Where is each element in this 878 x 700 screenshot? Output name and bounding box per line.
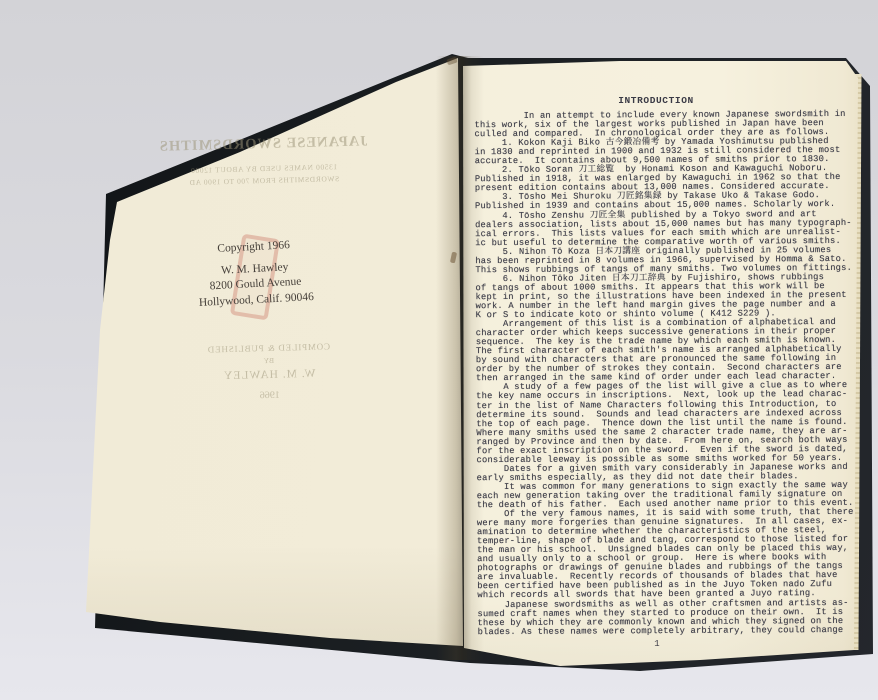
- body-paragraph: It was common for many generations to si…: [477, 481, 861, 510]
- show-through-credit: 1966: [151, 387, 389, 404]
- body-paragraph: 2. Tōko Soran 刀工総覧 by Honami Koson and K…: [475, 164, 859, 193]
- body-paragraph: A study of a few pages of the list will …: [476, 381, 860, 465]
- body-paragraph: 4. Tōsho Zenshu 刀匠全集 published by a Toky…: [475, 209, 859, 248]
- body-paragraph: Arrangement of this list is a combinatio…: [476, 318, 860, 384]
- page-number: 1: [476, 639, 838, 649]
- show-through-credit: W. M. HAWLEY: [150, 366, 388, 384]
- body-paragraph: 5. Nihon Tō Koza 日本刀講座 originally publis…: [475, 246, 859, 275]
- body-paragraph: 6. Nihon Tōko Jiten 日本刀工辞典 by Fujishiro,…: [475, 273, 859, 321]
- body-paragraph: In an attempt to include every known Jap…: [474, 110, 858, 139]
- book-photo-stage: JAPANESE SWORDSMITHS 13500 NAMES USED BY…: [0, 0, 878, 700]
- copyright-block: Copyright 1966 W. M. Hawley 8200 Gould A…: [178, 236, 331, 312]
- page-heading: INTRODUCTION: [476, 95, 836, 106]
- body-paragraph: Japanese swordsmiths as well as other cr…: [477, 598, 861, 637]
- body-paragraph: 1. Kokon Kaji Biko 古今鍛冶備考 by Yamada Yosh…: [475, 137, 859, 166]
- show-through-title: JAPANESE SWORDSMITHS: [144, 133, 382, 156]
- body-paragraph: Of the very famous names, it is said wit…: [477, 508, 862, 601]
- page-body-text: In an attempt to include every known Jap…: [474, 110, 861, 637]
